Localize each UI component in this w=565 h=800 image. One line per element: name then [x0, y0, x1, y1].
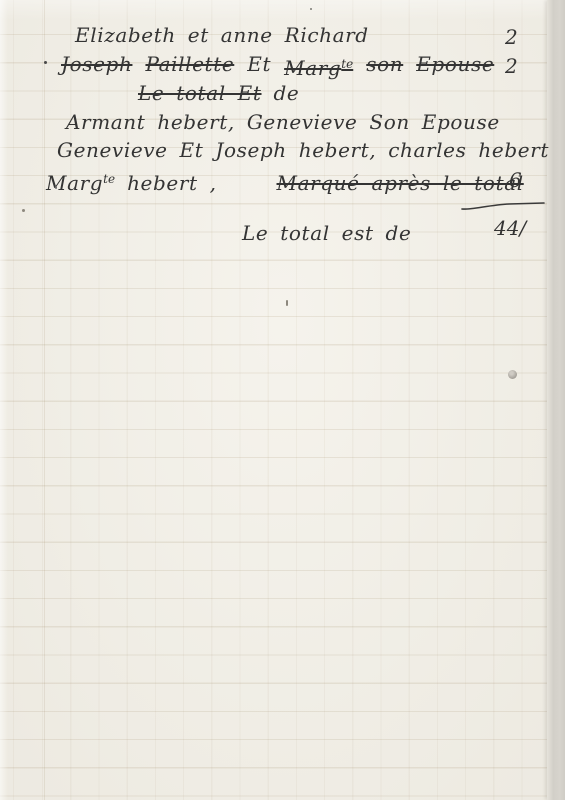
total-label: Le total est de	[242, 220, 411, 246]
ink-speck	[44, 61, 47, 64]
entry-2-word-paillette: Paillette	[145, 51, 234, 81]
entry-6-value: 6	[509, 167, 522, 193]
entry-3-after-text: de	[273, 81, 299, 105]
entry-line-3: Le total Et de	[138, 80, 299, 106]
entry-1-value: 2	[505, 24, 518, 50]
sum-rule-stroke	[459, 199, 547, 213]
paper-hole-speck	[508, 370, 517, 379]
entry-6-struck-note: Marqué après le total	[277, 171, 524, 195]
scanned-document-page: Elizabeth et anne Richard 2 Joseph Paill…	[0, 0, 565, 800]
entry-6-word-hebert: hebert ,	[127, 171, 216, 195]
ink-speck	[310, 8, 312, 10]
page-right-edge	[547, 0, 565, 800]
entry-2-word-son: son	[366, 51, 403, 81]
entry-2-value: 2	[505, 53, 518, 79]
entry-2-word-joseph: Joseph	[61, 51, 132, 81]
entry-line-6: Margte hebert , Marqué après le total	[46, 166, 524, 196]
entry-2-word-margte: Margte	[284, 51, 353, 81]
entry-line-5: Genevieve Et Joseph hebert, charles hebe…	[57, 137, 549, 163]
entry-line-1: Elizabeth et anne Richard	[75, 22, 369, 48]
entry-1-text: Elizabeth et anne Richard	[75, 23, 369, 47]
ink-speck	[286, 300, 288, 306]
entry-3-struck-text: Le total Et	[138, 81, 262, 105]
entry-line-4: Armant hebert, Genevieve Son Epouse	[66, 109, 500, 135]
entry-4-text: Armant hebert, Genevieve Son Epouse	[66, 110, 500, 134]
entry-2-word-et: Et	[247, 51, 271, 81]
entry-5-text: Genevieve Et Joseph hebert, charles hebe…	[57, 138, 549, 162]
total-value: 44/	[494, 215, 526, 241]
entry-2-word-epouse: Epouse	[416, 51, 494, 81]
left-margin-rule	[44, 0, 45, 800]
entry-6-word-margte: Margte	[46, 171, 115, 195]
ink-speck	[22, 209, 25, 212]
entry-line-2: Joseph Paillette Et Margte son Epouse	[61, 51, 494, 81]
ink-speck	[55, 186, 57, 189]
entry-2-margte-superscript: te	[341, 57, 353, 71]
entry-6-margte-superscript: te	[103, 172, 115, 186]
